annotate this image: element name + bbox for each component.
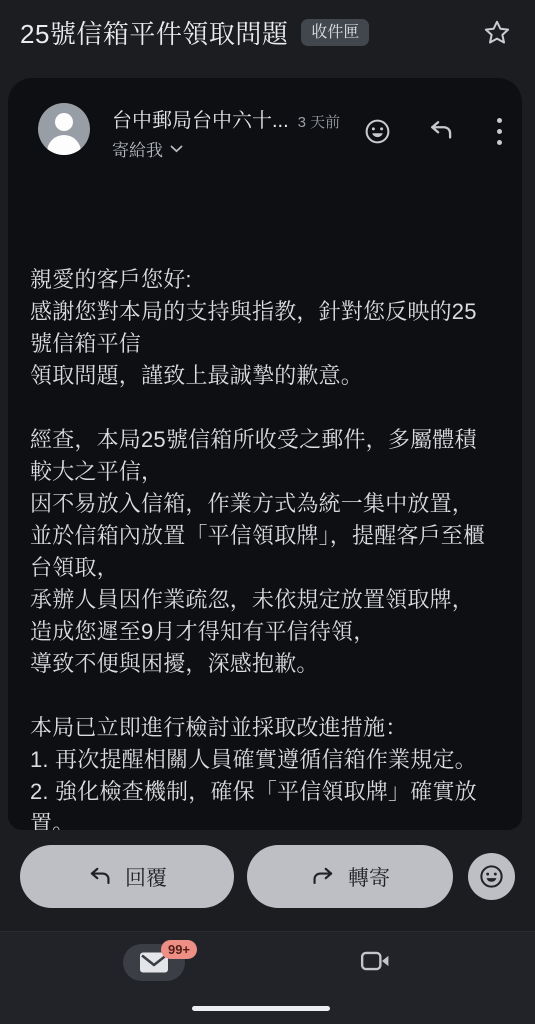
reply-button-label: 回覆 — [125, 862, 167, 892]
reply-arrow-icon — [427, 117, 455, 145]
forward-arrow-icon — [310, 864, 336, 890]
star-button[interactable] — [481, 17, 513, 49]
home-indicator[interactable] — [192, 1006, 330, 1011]
action-bar: 回覆 轉寄 — [0, 845, 535, 908]
unread-count-badge: 99+ — [161, 940, 197, 959]
gmail-conversation-screen: 25號信箱平件領取問題 收件匣 台中郵局台中六十... 3 天前 寄給我 — [0, 0, 535, 1024]
recipient-label: 寄給我 — [112, 136, 163, 161]
body-text-line: 親愛的客戶您好: — [30, 264, 496, 296]
more-options-button[interactable] — [486, 116, 512, 146]
bottom-navigation: 99+ — [0, 931, 535, 1024]
video-tab[interactable] — [358, 946, 392, 976]
avatar-person-icon — [55, 113, 73, 131]
body-text-line: 並於信箱內放置「平信領取牌」，提醒客戶至櫃台領取， — [30, 520, 496, 584]
timestamp: 3 天前 — [298, 111, 341, 132]
emoji-reaction-button[interactable] — [362, 116, 392, 146]
body-text-line: 領取問題，謹致上最誠摯的歉意。 — [30, 360, 496, 392]
mail-tab[interactable]: 99+ — [123, 944, 185, 981]
subject-header: 25號信箱平件領取問題 收件匣 — [0, 0, 535, 78]
reply-arrow-icon — [87, 864, 113, 890]
email-body: 親愛的客戶您好:感謝您對本局的支持與指教，針對您反映的25號信箱平信領取問題，謹… — [30, 264, 496, 830]
reply-icon-button[interactable] — [426, 116, 456, 146]
video-camera-icon — [360, 949, 390, 973]
chevron-down-icon — [170, 145, 183, 153]
email-subject: 25號信箱平件領取問題 — [20, 14, 288, 51]
reply-button[interactable]: 回覆 — [20, 845, 234, 908]
message-header: 台中郵局台中六十... 3 天前 寄給我 — [8, 78, 522, 178]
star-outline-icon — [482, 18, 512, 48]
subject-row: 25號信箱平件領取問題 收件匣 — [20, 14, 475, 51]
recipient-expander[interactable]: 寄給我 — [112, 136, 183, 161]
body-text-line: 2. 強化檢查機制，確保「平信領取牌」確實放置。 — [30, 776, 496, 830]
sender-row: 台中郵局台中六十... 3 天前 — [112, 104, 340, 133]
body-text-line: 導致不便與困擾，深感抱歉。 — [30, 648, 496, 680]
body-text-line: 1. 再次提醒相關人員確實遵循信箱作業規定。 — [30, 744, 496, 776]
body-text-line: 承辦人員因作業疏忽，未依規定放置領取牌，造成您遲至9月才得知有平信待領， — [30, 584, 496, 648]
vertical-dots-icon — [497, 118, 502, 145]
sender-name: 台中郵局台中六十... — [112, 104, 289, 133]
body-text-line: 感謝您對本局的支持與指教，針對您反映的25號信箱平信 — [30, 296, 496, 360]
emoji-reaction-button[interactable] — [468, 853, 515, 900]
message-card: 台中郵局台中六十... 3 天前 寄給我 — [8, 78, 522, 830]
body-text-line: 經查，本局25號信箱所收受之郵件，多屬體積較大之平信， — [30, 424, 496, 488]
body-text-line — [30, 392, 496, 424]
smiley-icon — [478, 863, 505, 890]
forward-button[interactable]: 轉寄 — [247, 845, 453, 908]
sender-avatar[interactable] — [38, 103, 90, 155]
body-text-line — [30, 680, 496, 712]
body-text-line: 因不易放入信箱，作業方式為統一集中放置， — [30, 488, 496, 520]
inbox-label-badge[interactable]: 收件匣 — [301, 19, 369, 46]
smiley-icon — [363, 117, 392, 146]
avatar-person-icon — [47, 135, 81, 155]
forward-button-label: 轉寄 — [348, 862, 390, 892]
body-text-line: 本局已立即進行檢討並採取改進措施： — [30, 712, 496, 744]
